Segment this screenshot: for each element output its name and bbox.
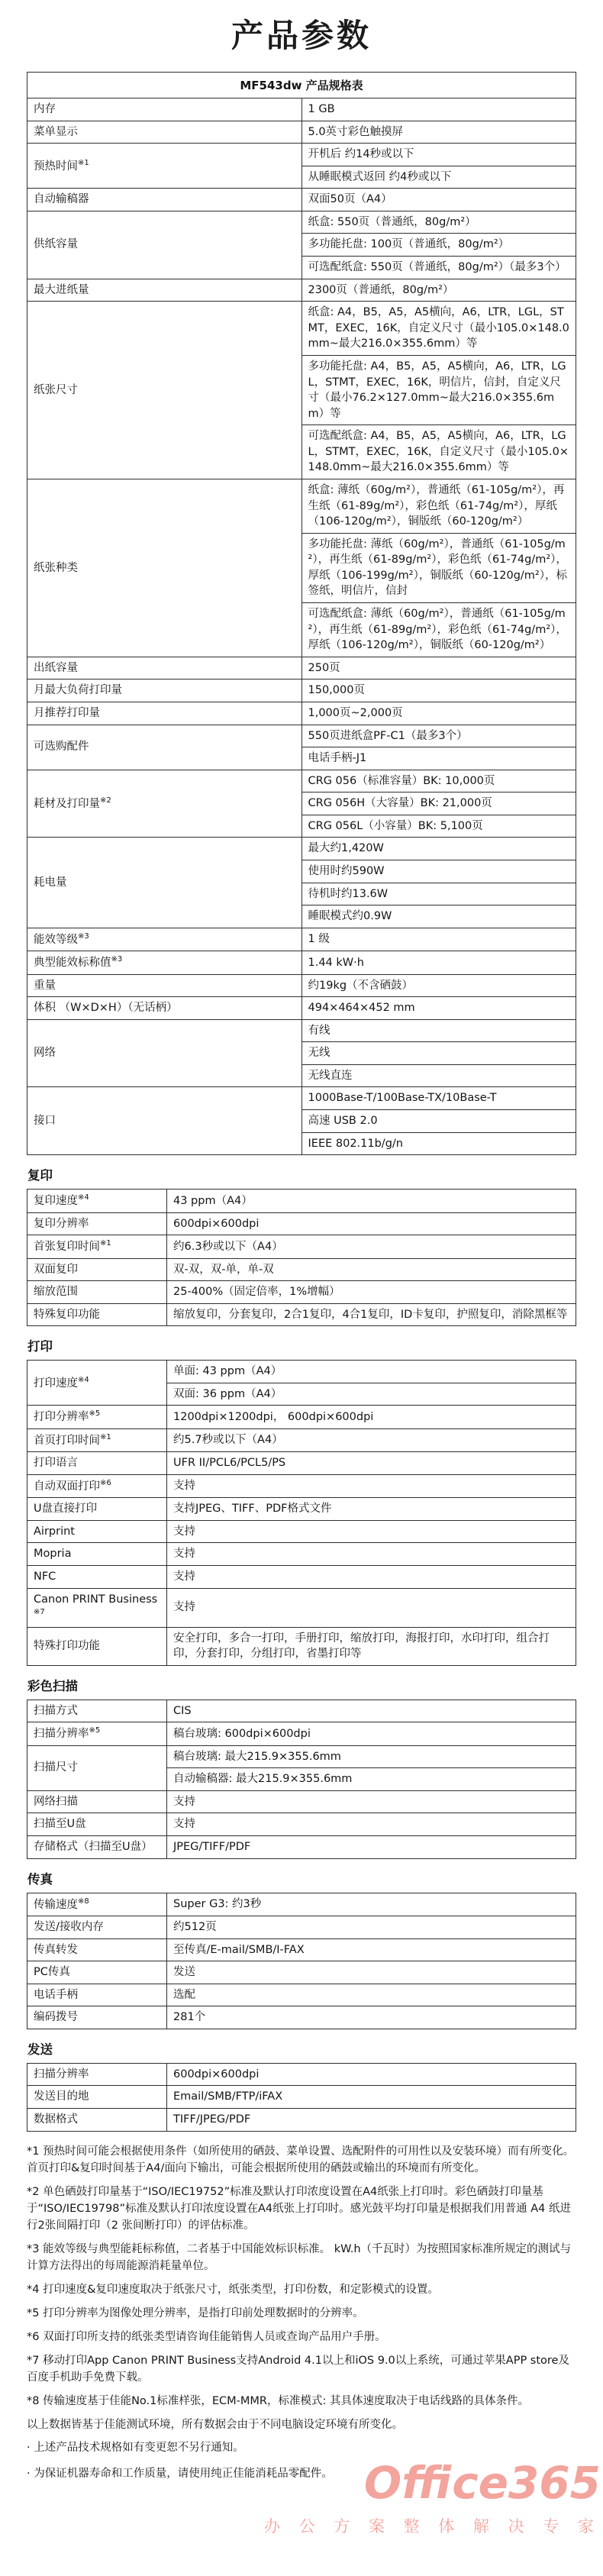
footnote: *3 能效等级与典型能耗标称值，二者基于中国能效标识标准。 kW.h（千瓦时）为… [27,2241,576,2274]
spec-row: 扫描分辨率600dpi×600dpi [27,2063,576,2086]
spec-row: 网络扫描支持 [27,1790,576,1813]
spec-row: 重量约19kg（不含硒鼓） [27,974,576,997]
footnotes: *1 预热时间可能会根据使用条件（如所使用的硒鼓、菜单设置、选配附件的可用性以及… [27,2143,576,2433]
spec-row: 自动输稿器双面50页（A4） [27,189,576,211]
spec-value: 约6.3秒或以下（A4） [167,1235,576,1258]
spec-row: 扫描至U盘支持 [27,1813,576,1836]
section-heading: 复印 [27,1165,576,1183]
spec-value: 1200dpi×1200dpi， 600dpi×600dpi [167,1406,576,1428]
spec-value: 自动输稿器: 最大215.9×355.6mm [167,1768,576,1791]
spec-label: 复印速度※4 [27,1190,167,1212]
spec-label: 自动输稿器 [27,189,302,211]
spec-row: 存储格式（扫描至U盘）JPEG/TIFF/PDF [27,1835,576,1858]
spec-value: 纸盒: A4，B5，A5，A5横向，A6，LTR，LGL，STMT，EXEC，1… [301,302,576,356]
spec-value: 从睡眠模式返回 约4秒或以下 [301,166,576,189]
spec-label: 能效等级※3 [27,928,302,951]
spec-label: 扫描至U盘 [27,1813,167,1836]
spec-value: 43 ppm（A4） [167,1190,576,1212]
spec-value: CRG 056（标准容量）BK: 10,000页 [301,770,576,792]
spec-value: 开机后 约14秒或以下 [301,144,576,166]
spec-value: 支持JPEG、TIFF、PDF格式文件 [167,1498,576,1521]
spec-row: 网络有线 [27,1019,576,1042]
spec-row: 月最大负荷打印量150,000页 [27,680,576,702]
spec-value: Super G3: 约3秒 [167,1893,576,1916]
spec-label: 预热时间※1 [27,144,302,189]
spec-row: 缩放范围25-400%（固定倍率，1%增幅） [27,1281,576,1304]
spec-row: 扫描尺寸稿台玻璃: 最大215.9×355.6mm [27,1745,576,1768]
spec-row: 最大进纸量2300页（普通纸，80g/m²） [27,279,576,302]
spec-label: 月最大负荷打印量 [27,680,302,702]
spec-row: Mopria支持 [27,1543,576,1566]
spec-row: U盘直接打印支持JPEG、TIFF、PDF格式文件 [27,1498,576,1521]
footnote-marker: ※2 [100,796,111,805]
spec-row: 月推荐打印量1,000页~2,000页 [27,702,576,725]
spec-value: 约19kg（不含硒鼓） [301,974,576,997]
spec-value: 纸盒: 550页（普通纸，80g/m²） [301,211,576,234]
spec-label: 双面复印 [27,1258,167,1281]
footnote-marker: ※6 [100,1479,111,1487]
spec-table-5: 扫描分辨率600dpi×600dpi发送目的地Email/SMB/FTP/iFA… [27,2063,576,2132]
spec-label: NFC [27,1565,167,1588]
footnote-marker: ※5 [89,1409,101,1418]
spec-label: 首张复印时间※1 [27,1235,167,1258]
spec-value: 安全打印，多合一打印，手册打印，缩放打印，海报打印，水印打印，组合打印，分套打印… [167,1627,576,1665]
spec-value: 至传真/E-mail/SMB/I-FAX [167,1938,576,1961]
footnote-marker: ※3 [111,955,123,964]
spec-value: 多功能托盘: A4，B5，A5，A5横向，A6，LTR，LGL，STMT，EXE… [301,355,576,424]
spec-label: 传输速度※8 [27,1893,167,1916]
watermark: Office365 办 公 方 案 整 体 解 决 专 家 [264,2460,601,2537]
spec-value: CRG 056H（大容量）BK: 21,000页 [301,792,576,815]
spec-row: NFC支持 [27,1565,576,1588]
spec-value: 5.0英寸彩色触摸屏 [301,121,576,144]
spec-label: 发送目的地 [27,2086,167,2109]
spec-value: 最大约1,420W [301,838,576,860]
footnote: *2 单色硒鼓打印量基于“ISO/IEC19752”标准及默认打印浓度设置在A4… [27,2184,576,2234]
spec-label: 特殊复印功能 [27,1303,167,1326]
spec-row: 打印分辨率※51200dpi×1200dpi， 600dpi×600dpi [27,1406,576,1428]
spec-value: 可选配纸盒: 550页（普通纸，80g/m²）（最多3个） [301,257,576,279]
spec-label: 扫描分辨率※5 [27,1722,167,1745]
footnote-marker: ※5 [89,1726,101,1735]
spec-row: 数据格式TIFF/JPEG/PDF [27,2109,576,2132]
spec-label: 传真转发 [27,1938,167,1961]
spec-value: JPEG/TIFF/PDF [167,1835,576,1858]
spec-row: 复印分辨率600dpi×600dpi [27,1212,576,1235]
footnote: *7 移动打印App Canon PRINT Business支持Android… [27,2352,576,2386]
spec-label: 重量 [27,974,302,997]
spec-table-title-row: MF543dw 产品规格表 [27,73,576,98]
spec-value: 550页进纸盒PF-C1（最多3个） [301,725,576,747]
spec-row: 首页打印时间※1约5.7秒或以下（A4） [27,1428,576,1451]
spec-label: 接口 [27,1087,302,1155]
section-heading: 打印 [27,1336,576,1354]
bullet-note: · 上述产品技术规格如有变更恕不另行通知。 [27,2440,576,2457]
spec-value: CIS [167,1700,576,1722]
spec-label: 自动双面打印※6 [27,1474,167,1497]
spec-value: 1 GB [301,98,576,121]
spec-label: 最大进纸量 [27,279,302,302]
spec-row: 菜单显示5.0英寸彩色触摸屏 [27,121,576,144]
spec-row: 可选购配件550页进纸盒PF-C1（最多3个） [27,725,576,747]
spec-label: 打印语言 [27,1452,167,1475]
spec-label: Canon PRINT Business※7 [27,1588,167,1627]
spec-row: 传真转发至传真/E-mail/SMB/I-FAX [27,1938,576,1961]
footnote: *1 预热时间可能会根据使用条件（如所使用的硒鼓、菜单设置、选配附件的可用性以及… [27,2143,576,2177]
spec-row: Airprint支持 [27,1520,576,1543]
spec-value: 支持 [167,1520,576,1543]
spec-label: 编码拨号 [27,2006,167,2029]
spec-value: 多功能托盘: 薄纸（60g/m²），普通纸（61-105g/m²），再生纸（61… [301,533,576,602]
section-heading: 彩色扫描 [27,1676,576,1694]
spec-row: 典型能效标称值※31.44 kW·h [27,951,576,974]
spec-row: PC传真发送 [27,1961,576,1984]
spec-value: 600dpi×600dpi [167,1212,576,1235]
spec-value: 2300页（普通纸，80g/m²） [301,279,576,302]
spec-label: 纸张尺寸 [27,302,302,479]
spec-label: Mopria [27,1543,167,1566]
spec-value: 250页 [301,657,576,680]
section-heading: 传真 [27,1869,576,1887]
spec-label: 出纸容量 [27,657,302,680]
spec-label: 月推荐打印量 [27,702,302,725]
footnote: *5 打印分辨率为图像处理分辨率，是指打印前处理数据时的分辨率。 [27,2305,576,2322]
spec-row: 纸张尺寸纸盒: A4，B5，A5，A5横向，A6，LTR，LGL，STMT，EX… [27,302,576,356]
footnote: *6 双面打印所支持的纸张类型请咨询佳能销售人员或查询产品用户手册。 [27,2329,576,2345]
spec-value: 支持 [167,1588,576,1627]
spec-value: 1,000页~2,000页 [301,702,576,725]
spec-label: 存储格式（扫描至U盘） [27,1835,167,1858]
spec-value: 25-400%（固定倍率，1%增幅） [167,1281,576,1304]
spec-label: 可选购配件 [27,725,302,770]
spec-row: 接口1000Base-T/100Base-TX/10Base-T [27,1087,576,1110]
spec-label: 内存 [27,98,302,121]
spec-row: 扫描方式CIS [27,1700,576,1722]
spec-value: 双面: 36 ppm（A4） [167,1383,576,1406]
spec-label: 扫描分辨率 [27,2063,167,2086]
spec-value: 单面: 43 ppm（A4） [167,1361,576,1383]
spec-row: 耗材及打印量※2CRG 056（标准容量）BK: 10,000页 [27,770,576,792]
spec-value: 支持 [167,1565,576,1588]
spec-value: Email/SMB/FTP/iFAX [167,2086,576,2109]
spec-value: 睡眠模式约0.9W [301,905,576,928]
spec-row: 复印速度※443 ppm（A4） [27,1190,576,1212]
footer-area: · 上述产品技术规格如有变更恕不另行通知。· 为保证机器寿命和工作质量，请使用纯… [27,2440,576,2562]
spec-value: 约512页 [167,1916,576,1938]
spec-table-main: MF543dw 产品规格表内存1 GB菜单显示5.0英寸彩色触摸屏预热时间※1开… [27,72,576,1155]
spec-row: 编码拨号281个 [27,2006,576,2029]
footnote: *8 传输速度基于佳能No.1标准样张，ECM-MMR，标准模式: 其具体速度取… [27,2393,576,2410]
spec-value: CRG 056L（小容量）BK: 5,100页 [301,815,576,838]
spec-row: 电话手柄选配 [27,1984,576,2006]
spec-label: 菜单显示 [27,121,302,144]
spec-value: 电话手柄-J1 [301,747,576,770]
spec-value: 纸盒: 薄纸（60g/m²），普通纸（61-105g/m²），再生纸（61-89… [301,479,576,533]
spec-label: 复印分辨率 [27,1212,167,1235]
footnote-marker: ※1 [78,159,89,167]
spec-row: 特殊打印功能安全打印，多合一打印，手册打印，缩放打印，海报打印，水印打印，组合打… [27,1627,576,1665]
spec-label: 纸张种类 [27,479,302,657]
spec-row: 发送目的地Email/SMB/FTP/iFAX [27,2086,576,2109]
spec-label: 发送/接收内存 [27,1916,167,1938]
spec-value: 约5.7秒或以下（A4） [167,1428,576,1451]
spec-table-title: MF543dw 产品规格表 [27,73,576,98]
spec-row: 能效等级※31 级 [27,928,576,951]
spec-row: 纸张种类纸盒: 薄纸（60g/m²），普通纸（61-105g/m²），再生纸（6… [27,479,576,533]
spec-value: 缩放复印，分套复印，2合1复印，4合1复印，ID卡复印，护照复印，消除黑框等 [167,1303,576,1326]
spec-label: 扫描尺寸 [27,1745,167,1790]
spec-row: 首张复印时间※1约6.3秒或以下（A4） [27,1235,576,1258]
spec-value: 可选配纸盒: 薄纸（60g/m²），普通纸（61-105g/m²），再生纸（61… [301,603,576,657]
spec-value: TIFF/JPEG/PDF [167,2109,576,2132]
spec-table-4: 传输速度※8Super G3: 约3秒发送/接收内存约512页传真转发至传真/E… [27,1893,576,2029]
spec-value: 支持 [167,1790,576,1813]
spec-label: 特殊打印功能 [27,1627,167,1665]
spec-row: 特殊复印功能缩放复印，分套复印，2合1复印，4合1复印，ID卡复印，护照复印，消… [27,1303,576,1326]
spec-value: 1 级 [301,928,576,951]
spec-value: 支持 [167,1813,576,1836]
spec-label: 打印速度※4 [27,1361,167,1406]
spec-table-1: 复印速度※443 ppm（A4）复印分辨率600dpi×600dpi首张复印时间… [27,1189,576,1326]
spec-value: 281个 [167,2006,576,2029]
footnote-marker: ※8 [78,1897,89,1906]
spec-value: 支持 [167,1474,576,1497]
footnote-marker: ※1 [100,1239,111,1248]
spec-value: 150,000页 [301,680,576,702]
spec-value: 无线直连 [301,1064,576,1087]
spec-row: 体积 （W×D×H）（无话柄）494×464×452 mm [27,997,576,1020]
spec-value: UFR II/PCL6/PCL5/PS [167,1452,576,1475]
spec-label: 典型能效标称值※3 [27,951,302,974]
spec-label: 首页打印时间※1 [27,1428,167,1451]
spec-row: 供纸容量纸盒: 550页（普通纸，80g/m²） [27,211,576,234]
spec-label: Airprint [27,1520,167,1543]
spec-value: 1000Base-T/100Base-TX/10Base-T [301,1087,576,1110]
spec-value: 双-双，双-单，单-双 [167,1258,576,1281]
spec-label: PC传真 [27,1961,167,1984]
footnote: *4 打印速度&复印速度取决于纸张尺寸，纸张类型，打印份数，和定影模式的设置。 [27,2281,576,2298]
spec-row: 传输速度※8Super G3: 约3秒 [27,1893,576,1916]
spec-value: 600dpi×600dpi [167,2063,576,2086]
spec-label: 网络扫描 [27,1790,167,1813]
spec-value: 1.44 kW·h [301,951,576,974]
watermark-tagline: 办 公 方 案 整 体 解 决 专 家 [264,2514,601,2537]
spec-label: 缩放范围 [27,1281,167,1304]
spec-table-3: 扫描方式CIS扫描分辨率※5稿台玻璃: 600dpi×600dpi扫描尺寸稿台玻… [27,1700,576,1859]
footnote-marker: ※1 [100,1433,111,1441]
spec-label: 体积 （W×D×H）（无话柄） [27,997,302,1020]
spec-row: 内存1 GB [27,98,576,121]
spec-label: U盘直接打印 [27,1498,167,1521]
watermark-brand-logo: Office365 [264,2460,601,2507]
spec-content: MF543dw 产品规格表内存1 GB菜单显示5.0英寸彩色触摸屏预热时间※1开… [27,72,576,2132]
footnote-marker: ※4 [78,1193,89,1202]
spec-label: 打印分辨率※5 [27,1406,167,1428]
spec-value: 稿台玻璃: 最大215.9×355.6mm [167,1745,576,1768]
spec-value: 使用时约590W [301,860,576,883]
spec-row: 打印语言UFR II/PCL6/PCL5/PS [27,1452,576,1475]
closing-line: 以上数据皆基于佳能测试环境，所有数据会由于不同电脑设定环境有所变化。 [27,2416,576,2433]
spec-value: 选配 [167,1984,576,2006]
spec-row: 发送/接收内存约512页 [27,1916,576,1938]
spec-value: 无线 [301,1042,576,1065]
spec-value: 可选配纸盒: A4，B5，A5，A5横向，A6，LTR，LGL，STMT，EXE… [301,425,576,479]
spec-table-2: 打印速度※4单面: 43 ppm（A4）双面: 36 ppm（A4）打印分辨率※… [27,1360,576,1665]
spec-row: 打印速度※4单面: 43 ppm（A4） [27,1361,576,1383]
spec-sections: MF543dw 产品规格表内存1 GB菜单显示5.0英寸彩色触摸屏预热时间※1开… [27,72,576,2132]
spec-label: 网络 [27,1019,302,1087]
spec-label: 数据格式 [27,2109,167,2132]
footnote-marker: ※4 [78,1376,89,1384]
spec-value: IEEE 802.11b/g/n [301,1132,576,1155]
spec-row: 自动双面打印※6支持 [27,1474,576,1497]
spec-label: 耗材及打印量※2 [27,770,302,838]
footnote-marker: ※7 [34,1608,45,1616]
spec-row: 双面复印双-双，双-单，单-双 [27,1258,576,1281]
spec-label: 耗电量 [27,838,302,928]
spec-value: 发送 [167,1961,576,1984]
page-title: 产品参数 [0,0,603,72]
spec-value: 双面50页（A4） [301,189,576,211]
spec-value: 有线 [301,1019,576,1042]
footnote-marker: ※3 [78,932,89,941]
spec-value: 待机时约13.6W [301,883,576,905]
spec-value: 多功能托盘: 100页（普通纸，80g/m²） [301,234,576,257]
spec-row: 耗电量最大约1,420W [27,838,576,860]
spec-value: 高速 USB 2.0 [301,1109,576,1132]
spec-row: 预热时间※1开机后 约14秒或以下 [27,144,576,166]
section-heading: 发送 [27,2039,576,2058]
spec-row: 出纸容量250页 [27,657,576,680]
spec-row: Canon PRINT Business※7支持 [27,1588,576,1627]
spec-label: 扫描方式 [27,1700,167,1722]
spec-value: 稿台玻璃: 600dpi×600dpi [167,1722,576,1745]
spec-value: 494×464×452 mm [301,997,576,1020]
spec-label: 供纸容量 [27,211,302,279]
spec-label: 电话手柄 [27,1984,167,2006]
spec-row: 扫描分辨率※5稿台玻璃: 600dpi×600dpi [27,1722,576,1745]
spec-value: 支持 [167,1543,576,1566]
